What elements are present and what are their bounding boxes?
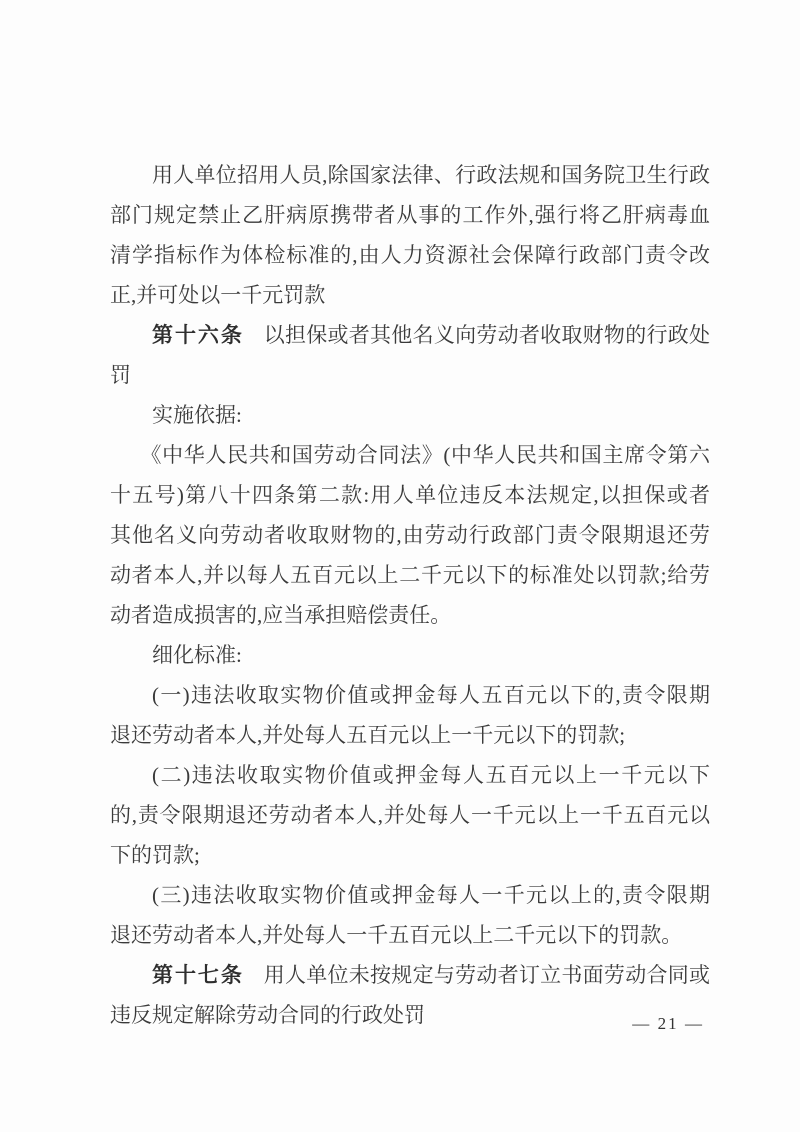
article-16-title: 以担保或者其他名义向劳动者收取财物的行政处: [264, 323, 710, 347]
item-2-line: (二)违法收取实物价值或押金每人五百元以上一千元以下: [110, 755, 710, 795]
text-line: 退还劳动者本人,并处每人一千五百元以上二千元以下的罚款。: [110, 915, 710, 955]
text-line: 清学指标作为体检标准的,由人力资源社会保障行政部门责令改: [110, 235, 710, 275]
article-17-title: 用人单位未按规定与劳动者订立书面劳动合同或: [264, 963, 710, 987]
document-page: 用人单位招用人员,除国家法律、行政法规和国务院卫生行政 部门规定禁止乙肝病原携带…: [0, 0, 800, 1132]
text-line: 部门规定禁止乙肝病原携带者从事的工作外,强行将乙肝病毒血: [110, 195, 710, 235]
text-line: 罚: [110, 355, 710, 395]
text-line: 用人单位招用人员,除国家法律、行政法规和国务院卫生行政: [110, 155, 710, 195]
text-line: 其他名义向劳动者收取财物的,由劳动行政部门责令限期退还劳: [110, 515, 710, 555]
article-17-heading: 第十七条: [152, 964, 244, 987]
text-line: 十五号)第八十四条第二款:用人单位违反本法规定,以担保或者: [110, 475, 710, 515]
text-line: 退还劳动者本人,并处每人五百元以上一千元以下的罚款;: [110, 715, 710, 755]
article-16-heading: 第十六条: [152, 324, 244, 347]
article-16-line: 第十六条以担保或者其他名义向劳动者收取财物的行政处: [110, 315, 710, 355]
text-line: 违反规定解除劳动合同的行政处罚: [110, 995, 710, 1035]
article-17-line: 第十七条用人单位未按规定与劳动者订立书面劳动合同或: [110, 955, 710, 995]
text-line: 下的罚款;: [110, 835, 710, 875]
text-line: 动者造成损害的,应当承担赔偿责任。: [110, 595, 710, 635]
text-line: 《中华人民共和国劳动合同法》(中华人民共和国主席令第六: [110, 435, 710, 475]
text-line: 正,并可处以一千元罚款: [110, 275, 710, 315]
item-1-line: (一)违法收取实物价值或押金每人五百元以下的,责令限期: [110, 675, 710, 715]
basis-label: 实施依据:: [110, 395, 710, 435]
standards-label: 细化标准:: [110, 635, 710, 675]
document-body: 用人单位招用人员,除国家法律、行政法规和国务院卫生行政 部门规定禁止乙肝病原携带…: [110, 155, 710, 1035]
text-line: 的,责令限期退还劳动者本人,并处每人一千元以上一千五百元以: [110, 795, 710, 835]
page-number: — 21 —: [632, 1010, 704, 1038]
item-3-line: (三)违法收取实物价值或押金每人一千元以上的,责令限期: [110, 875, 710, 915]
text-line: 动者本人,并以每人五百元以上二千元以下的标准处以罚款;给劳: [110, 555, 710, 595]
